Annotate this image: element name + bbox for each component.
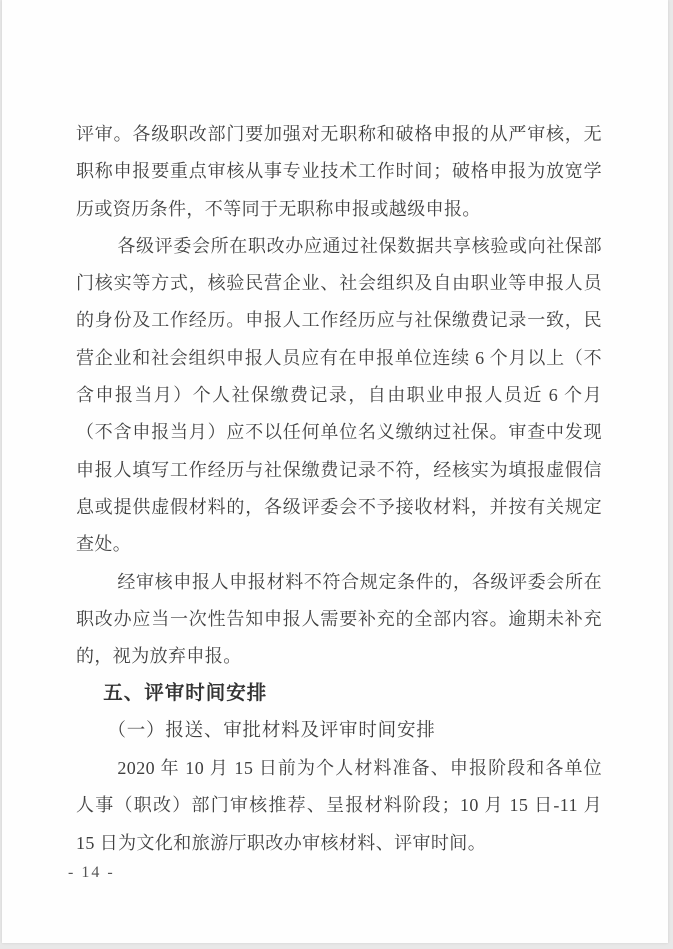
page-number: - 14 -	[68, 864, 115, 882]
document-page: 评审。各级职改部门要加强对无职称和破格申报的从严审核，无职称申报要重点审核从事专…	[2, 0, 668, 943]
paragraph-continuation: 评审。各级职改部门要加强对无职称和破格申报的从严审核，无职称申报要重点审核从事专…	[76, 116, 602, 228]
paragraph: 经审核申报人申报材料不符合规定条件的，各级评委会所在职改办应当一次性告知申报人需…	[76, 564, 602, 676]
paragraph: 2020 年 10 月 15 日前为个人材料准备、申报阶段和各单位人事（职改）部…	[76, 750, 602, 862]
paragraph: 各级评委会所在职改办应通过社保数据共享核验或向社保部门核实等方式，核验民营企业、…	[76, 228, 602, 564]
page-content: 评审。各级职改部门要加强对无职称和破格申报的从严审核，无职称申报要重点审核从事专…	[76, 0, 602, 862]
subsection-heading: （一）报送、审批材料及评审时间安排	[76, 713, 602, 750]
section-heading: 五、评审时间安排	[76, 675, 602, 712]
scanned-document-background: { "document": { "paragraphs": { "0": { "…	[0, 0, 673, 949]
